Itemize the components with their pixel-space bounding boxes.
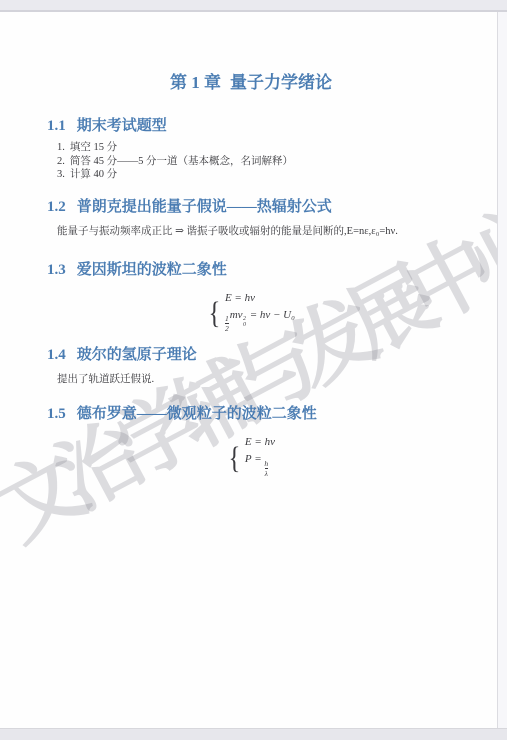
exam-type-list: 1.填空 15 分 2.简答 45 分——5 分一道（基本概念，名词解释） 3.… bbox=[47, 141, 455, 182]
section-title: 期末考试题型 bbox=[77, 118, 167, 134]
section-heading-1-4: 1.4玻尔的氢原子理论 bbox=[47, 347, 455, 363]
section-title: 德布罗意——微观粒子的波粒二象性 bbox=[77, 406, 317, 422]
equation-lhs: P = bbox=[245, 453, 264, 465]
list-item: 1.填空 15 分 bbox=[57, 141, 455, 155]
list-item-text: 简答 45 分——5 分一道（基本概念，名词解释） bbox=[70, 156, 293, 167]
scan-edge-bottom bbox=[0, 728, 507, 740]
list-item-number: 1. bbox=[57, 142, 65, 153]
planck-paragraph: 能量子与振动频率成正比 ⇒ 谐振子吸收或辐射的能量是间断的,E=nε,ε₀=hν… bbox=[47, 225, 455, 238]
list-item-text: 计算 40 分 bbox=[70, 169, 117, 180]
equation-rows: E = hν 1 2 mv 2 0 = hν − U₀ bbox=[225, 292, 295, 334]
chapter-title-text: 量子力学绪论 bbox=[230, 73, 332, 92]
section-heading-1-2: 1.2普朗克提出能量子假说——热辐射公式 bbox=[47, 199, 455, 215]
section-number: 1.4 bbox=[47, 347, 66, 363]
scanned-page-canvas: 文治学辅与发展中心 第 1 章量子力学绪论 1.1期末考试题型 1.填空 15 … bbox=[0, 0, 507, 740]
list-item: 3.计算 40 分 bbox=[57, 168, 455, 182]
bohr-paragraph: 提出了轨道跃迁假说. bbox=[47, 373, 455, 386]
scan-edge-right bbox=[497, 12, 507, 728]
left-brace: { bbox=[209, 297, 221, 328]
section-number: 1.1 bbox=[47, 118, 66, 134]
fraction-denominator: 2 bbox=[225, 323, 229, 333]
section-heading-1-3: 1.3爱因斯坦的波粒二象性 bbox=[47, 262, 455, 278]
equation-rows: E = hν P = h λ bbox=[245, 436, 275, 478]
chapter-number: 第 1 章 bbox=[170, 73, 221, 92]
equation-row: P = h λ bbox=[245, 453, 269, 478]
list-item-text: 填空 15 分 bbox=[70, 142, 117, 153]
einstein-equation-block: { E = hν 1 2 mv 2 0 = hν − U₀ bbox=[47, 292, 455, 334]
equation-row: E = hν bbox=[245, 436, 275, 449]
section-heading-1-5: 1.5德布罗意——微观粒子的波粒二象性 bbox=[47, 406, 455, 422]
section-number: 1.5 bbox=[47, 406, 66, 422]
equation-row: E = hν bbox=[225, 292, 255, 305]
fraction-h-over-lambda: h λ bbox=[264, 460, 268, 479]
document-page: 文治学辅与发展中心 第 1 章量子力学绪论 1.1期末考试题型 1.填空 15 … bbox=[0, 12, 497, 728]
fraction-numerator: h bbox=[264, 460, 268, 468]
de-broglie-equation-block: { E = hν P = h λ bbox=[47, 436, 455, 478]
section-heading-1-1: 1.1期末考试题型 bbox=[47, 118, 455, 134]
list-item: 2.简答 45 分——5 分一道（基本概念，名词解释） bbox=[57, 155, 455, 169]
section-number: 1.2 bbox=[47, 199, 66, 215]
list-item-number: 2. bbox=[57, 156, 65, 167]
chapter-heading: 第 1 章量子力学绪论 bbox=[47, 73, 455, 93]
equation-rest: = hν − U₀ bbox=[247, 309, 295, 321]
fraction-numerator: 1 bbox=[225, 315, 229, 323]
list-item-number: 3. bbox=[57, 169, 65, 180]
left-brace: { bbox=[229, 442, 241, 473]
sup-sub-stack: 2 0 bbox=[243, 316, 246, 329]
equation-row: 1 2 mv 2 0 = hν − U₀ bbox=[225, 309, 295, 334]
subscript: 0 bbox=[243, 322, 246, 329]
fraction-denominator: λ bbox=[265, 468, 268, 478]
scan-edge-top bbox=[0, 0, 507, 12]
equation-term: mv bbox=[230, 309, 243, 321]
section-title: 爱因斯坦的波粒二象性 bbox=[77, 262, 227, 278]
page-content: 第 1 章量子力学绪论 1.1期末考试题型 1.填空 15 分 2.简答 45 … bbox=[0, 12, 497, 478]
fraction-one-half: 1 2 bbox=[225, 315, 229, 334]
section-title: 玻尔的氢原子理论 bbox=[77, 347, 197, 363]
section-number: 1.3 bbox=[47, 262, 66, 278]
section-title: 普朗克提出能量子假说——热辐射公式 bbox=[77, 199, 332, 215]
